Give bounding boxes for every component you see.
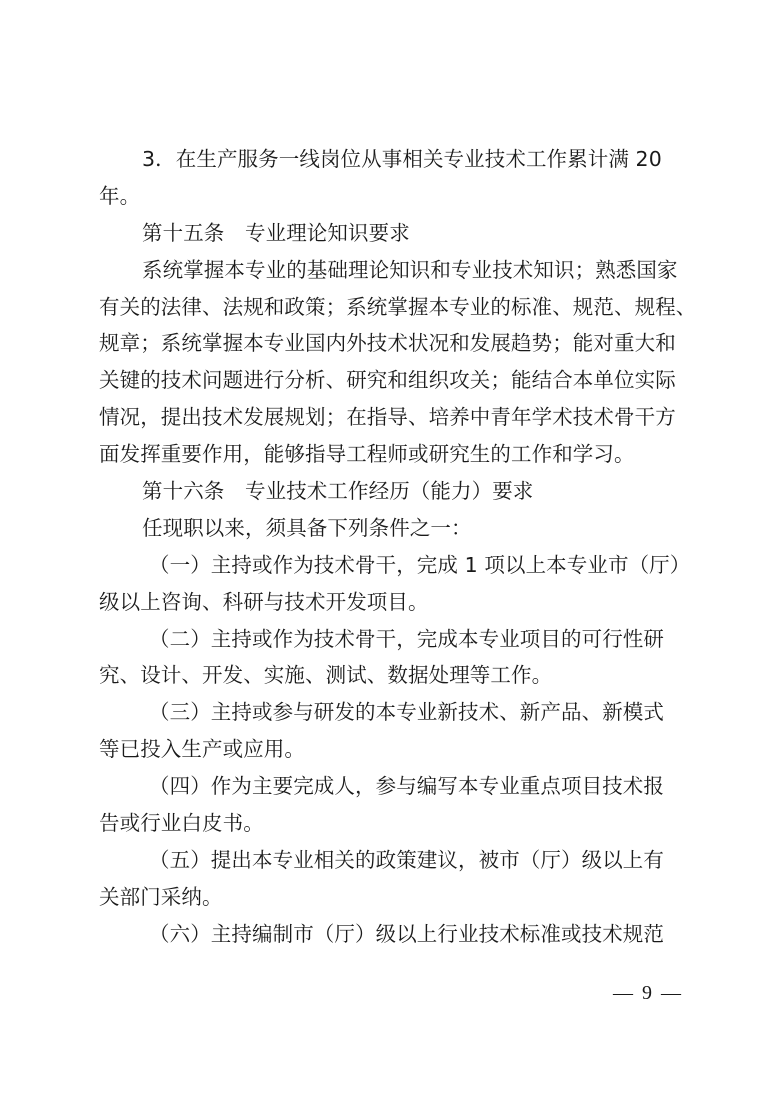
condition-2-line-2: 究、设计、开发、实施、测试、数据处理等工作。 bbox=[99, 657, 679, 694]
article-15-para-line-4: 关键的技术问题进行分析、研究和组织攻关；能结合本单位实际 bbox=[99, 362, 679, 399]
condition-1-line-2: 级以上咨询、科研与技术开发项目。 bbox=[99, 584, 679, 621]
condition-1-line-1: （一）主持或作为技术骨干，完成 1 项以上本专业市（厅） bbox=[99, 547, 679, 584]
page-number: — 9 — bbox=[613, 982, 683, 1005]
condition-4-line-2: 告或行业白皮书。 bbox=[99, 805, 679, 842]
article-16-heading: 第十六条 专业技术工作经历（能力）要求 bbox=[99, 473, 679, 510]
condition-3-line-1: （三）主持或参与研发的本专业新技术、新产品、新模式 bbox=[99, 694, 679, 731]
document-body: 3．在生产服务一线岗位从事相关专业技术工作累计满 20 年。 第十五条 专业理论… bbox=[99, 141, 679, 953]
article-15-para-line-2: 有关的法律、法规和政策；系统掌握本专业的标准、规范、规程、 bbox=[99, 289, 679, 326]
condition-3-line-2: 等已投入生产或应用。 bbox=[99, 731, 679, 768]
condition-2-line-1: （二）主持或作为技术骨干，完成本专业项目的可行性研 bbox=[99, 621, 679, 658]
article-15-para-line-1: 系统掌握本专业的基础理论知识和专业技术知识；熟悉国家 bbox=[99, 252, 679, 289]
condition-4-line-1: （四）作为主要完成人，参与编写本专业重点项目技术报 bbox=[99, 768, 679, 805]
article-15-para-line-3: 规章；系统掌握本专业国内外技术状况和发展趋势；能对重大和 bbox=[99, 325, 679, 362]
article-16-intro: 任现职以来，须具备下列条件之一： bbox=[99, 510, 679, 547]
article-15-para-line-5: 情况，提出技术发展规划；在指导、培养中青年学术技术骨干方 bbox=[99, 399, 679, 436]
condition-5-line-1: （五）提出本专业相关的政策建议，被市（厅）级以上有 bbox=[99, 842, 679, 879]
article-15-para-line-6: 面发挥重要作用，能够指导工程师或研究生的工作和学习。 bbox=[99, 436, 679, 473]
condition-5-line-2: 关部门采纳。 bbox=[99, 879, 679, 916]
condition-6-line-1: （六）主持编制市（厅）级以上行业技术标准或技术规范 bbox=[99, 916, 679, 953]
item-3-line-2: 年。 bbox=[99, 178, 679, 215]
item-3-line-1: 3．在生产服务一线岗位从事相关专业技术工作累计满 20 bbox=[99, 141, 679, 178]
article-15-heading: 第十五条 专业理论知识要求 bbox=[99, 215, 679, 252]
